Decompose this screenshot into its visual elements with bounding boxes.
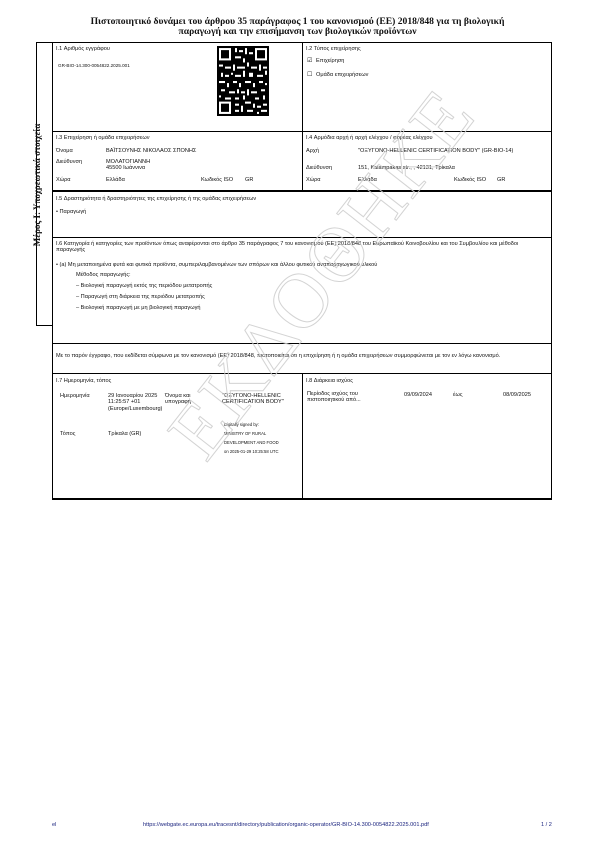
title-line-2: παραγωγή και την επισήμανση των βιολογικ… <box>20 27 575 37</box>
address-label: Διεύθυνση <box>56 159 82 165</box>
i8-label: I.8 Διάρκεια ισχύος <box>306 378 353 384</box>
place-value: Τρίκαλα (GR) <box>108 431 141 437</box>
name-label: Όνομα <box>56 148 73 154</box>
i1-label: I.1 Αριθμός εγγράφου <box>56 46 110 52</box>
method-item: – Παραγωγή στη διάρκεια της περιόδου μετ… <box>76 294 205 300</box>
side-label: Μέρος Ι: Υποχρεωτικά στοιχεία <box>30 45 44 325</box>
i3-label: I.3 Επιχείρηση ή ομάδα επιχειρήσεων <box>56 135 150 141</box>
category-text: (a) Μη μεταποιημένα φυτά και φυτικά προϊ… <box>60 262 378 268</box>
document-number: GR-BIO-14.300-0054822.2025.001 <box>58 63 130 69</box>
method-text: Παραγωγή στη διάρκεια της περιόδου μετατ… <box>81 294 205 300</box>
signer-label: Όνομα και υπογραφή <box>165 393 215 406</box>
authority-iso-label: Κωδικός ISO <box>454 177 486 183</box>
date-label: Ημερομηνία <box>60 393 90 399</box>
option-group-label: Ομάδα επιχειρήσεων <box>316 72 368 78</box>
until-label: έως <box>453 392 463 398</box>
authority-country-label: Χώρα <box>306 177 321 183</box>
i6-label: I.6 Κατηγορία ή κατηγορίες των προϊόντων… <box>56 241 536 254</box>
method-text: Βιολογική παραγωγή εκτός της περιόδου με… <box>81 283 213 289</box>
operator-name: ΒΑΪΤΣΟΥΝΗΣ ΝΙΚΟΛΑΟΣ ΣΠΟΝΗΣ <box>106 148 196 154</box>
product-category: • (a) Μη μεταποιημένα φυτά και φυτικά πρ… <box>56 262 377 268</box>
qr-code-icon <box>217 46 269 116</box>
compliance-statement: Με το παρόν έγγραφο, που εκδίδεται σύμφω… <box>56 353 536 359</box>
activity-text: Παραγωγή <box>60 209 87 215</box>
iso-value: GR <box>245 177 253 183</box>
place-label: Τόπος <box>60 431 75 437</box>
side-label-text: Μέρος Ι: Υποχρεωτικά στοιχεία <box>32 124 42 246</box>
valid-to: 08/09/2025 <box>503 392 531 398</box>
validity-period-label: Περίοδος ισχύος του πιστοποιητικού από..… <box>307 391 387 404</box>
country-label: Χώρα <box>56 177 71 183</box>
i2-label: I.2 Τύπος επιχείρησης <box>306 46 361 52</box>
signature-line-1: Digitally signed by: <box>224 422 259 428</box>
checked-box-icon: ☑ <box>307 57 312 64</box>
option-business-label: Επιχείρηση <box>316 58 344 64</box>
document-title: Πιστοποιητικό δυνάμει του άρθρου 35 παρά… <box>20 17 575 37</box>
footer-url[interactable]: https://webgate.ec.europa.eu/tracesnt/di… <box>143 822 429 828</box>
page-number: 1 / 2 <box>541 822 552 828</box>
authority-country-value: Ελλάδα <box>358 177 377 183</box>
i5-label: I.5 Δραστηριότητα ή δραστηριότητες της ε… <box>56 196 256 202</box>
signature-line-4: on 2025-01-29 10:25:58 UTC <box>224 449 278 455</box>
authority-address-label: Διεύθυνση <box>306 165 332 171</box>
footer-language: el <box>52 822 56 828</box>
authority-iso-value: GR <box>497 177 505 183</box>
country-value: Ελλάδα <box>106 177 125 183</box>
address-line-2: 45500 Ιωάννινα <box>106 165 145 171</box>
signature-line-2: MINISTRY OF RURAL <box>224 431 266 437</box>
signer-value: "ΟΞΥΓΟΝΟ-HELLENIC CERTIFICATION BODY" <box>222 393 292 406</box>
method-item: – Βιολογική παραγωγή εκτός της περιόδου … <box>76 283 212 289</box>
valid-from: 09/09/2024 <box>404 392 432 398</box>
method-item: – Βιολογική παραγωγή με μη βιολογική παρ… <box>76 305 200 311</box>
method-text: Βιολογική παραγωγή με μη βιολογική παραγ… <box>81 305 201 311</box>
unchecked-box-icon: ☐ <box>307 71 312 78</box>
authority-label: Αρχή <box>306 148 319 154</box>
activity-item: • Παραγωγή <box>56 209 86 215</box>
issued-watermark: ΕΚΔΟΘΗΚΕ <box>150 72 493 475</box>
signature-line-3: DEVELOPMENT AND FOOD <box>224 440 279 446</box>
authority-value: "ΟΞΥΓΟΝΟ-HELLENIC CERTIFICATION BODY" (G… <box>358 148 548 154</box>
method-label: Μέθοδος παραγωγής: <box>76 272 131 278</box>
authority-address-value: 151, Kalampakas str., , 42131, Τρίκαλα <box>358 165 455 171</box>
issue-date: 29 Ιανουαρίου 2025 11:25:57 +01 (Europe/… <box>108 393 160 412</box>
i7-label: I.7 Ημερομηνία, τόπος <box>56 378 111 384</box>
iso-label: Κωδικός ISO <box>201 177 233 183</box>
i4-label: I.4 Αρμόδια αρχή ή αρχή ελέγχου / φορέας… <box>306 135 433 141</box>
